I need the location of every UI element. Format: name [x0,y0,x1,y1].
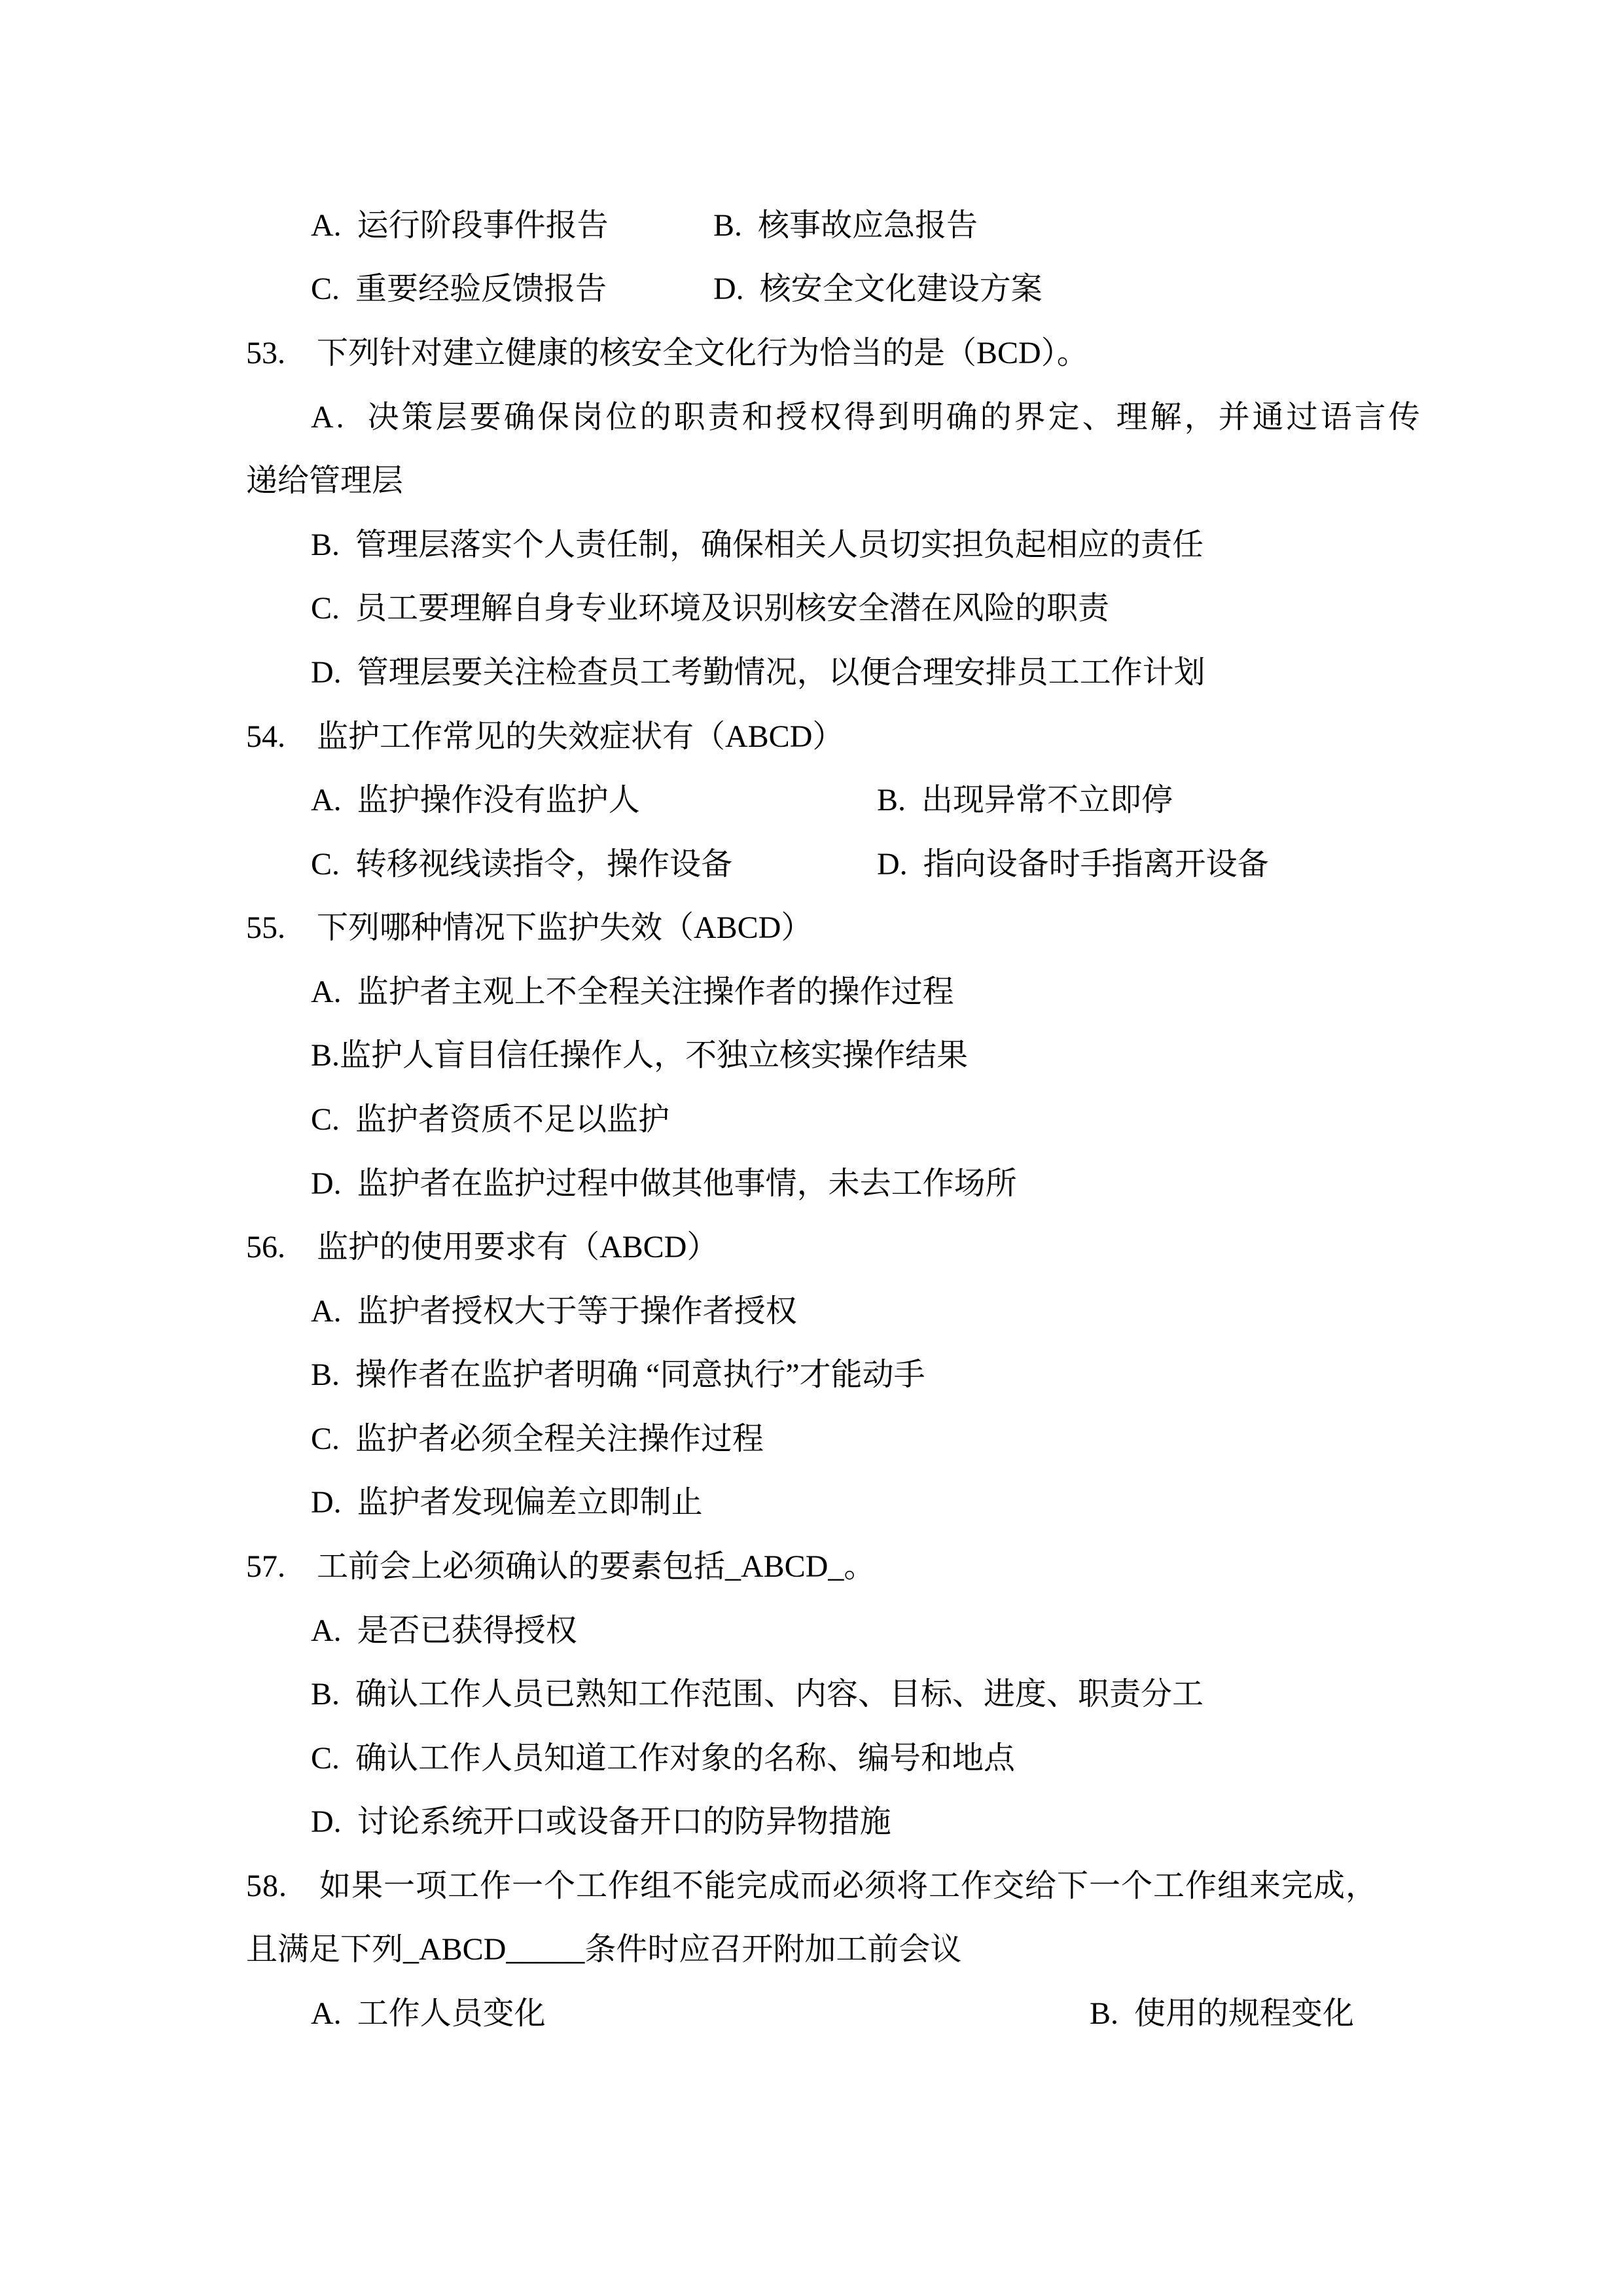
q53-option-b: B. 管理层落实个人责任制，确保相关人员切实担负起相应的责任 [311,529,1204,561]
q52-option-d: D. 核安全文化建设方案 [713,274,1043,305]
q58-option-a: A. 工作人员变化 [311,1998,546,2030]
q57-option-a: A. 是否已获得授权 [311,1615,577,1647]
q52-option-a: A. 运行阶段事件报告 [311,210,609,242]
q54-option-a: A. 监护操作没有监护人 [311,785,640,816]
q53-option-a-line1: A. 决策层要确保岗位的职责和授权得到明确的界定、理解，并通过语言传 [311,402,1423,433]
q55-option-a: A. 监护者主观上不全程关注操作者的操作过程 [311,977,954,1008]
q58-option-b: B. 使用的规程变化 [1090,1998,1354,2030]
q55-option-c: C. 监护者资质不足以监护 [311,1104,669,1136]
q58-stem-line1: 58. 如果一项工作一个工作组不能完成而必须将工作交给下一个工作组来完成， [246,1871,1378,1902]
q52-option-c: C. 重要经验反馈报告 [311,274,607,305]
q53-option-d: D. 管理层要关注检查员工考勤情况，以便合理安排员工工作计划 [311,657,1205,689]
q55-stem: 55. 下列哪种情况下监护失效（ABCD） [246,912,812,944]
q52-option-b: B. 核事故应急报告 [713,210,978,242]
q53-option-a-line2: 递给管理层 [246,465,403,497]
q57-option-d: D. 讨论系统开口或设备开口的防异物措施 [311,1806,891,1838]
q56-option-d: D. 监护者发现偏差立即制止 [311,1487,703,1518]
q57-option-c: C. 确认工作人员知道工作对象的名称、编号和地点 [311,1743,1015,1774]
q56-stem: 56. 监护的使用要求有（ABCD） [246,1232,718,1263]
q56-option-c: C. 监护者必须全程关注操作过程 [311,1424,764,1455]
q56-option-a: A. 监护者授权大于等于操作者授权 [311,1296,797,1327]
q53-option-c: C. 员工要理解自身专业环境及识别核安全潜在风险的职责 [311,593,1109,624]
q57-stem: 57. 工前会上必须确认的要素包括_ABCD_。 [246,1551,875,1583]
q53-stem: 53. 下列针对建立健康的核安全文化行为恰当的是（BCD）。 [246,338,1088,369]
q55-option-b: B.监护人盲目信任操作人，不独立核实操作结果 [311,1040,968,1071]
q57-option-b: B. 确认工作人员已熟知工作范围、内容、目标、进度、职责分工 [311,1679,1204,1710]
q54-option-d: D. 指向设备时手指离开设备 [877,849,1269,880]
q56-option-b: B. 操作者在监护者明确 “同意执行”才能动手 [311,1359,925,1391]
q55-option-d: D. 监护者在监护过程中做其他事情，未去工作场所 [311,1168,1017,1200]
q58-stem-line2: 且满足下列_ABCD_____条件时应召开附加工前会议 [246,1934,961,1965]
q54-option-c: C. 转移视线读指令，操作设备 [311,849,732,880]
document-page: A. 运行阶段事件报告 B. 核事故应急报告 C. 重要经验反馈报告 D. 核安… [0,0,1623,2296]
q54-option-b: B. 出现异常不立即停 [877,785,1173,816]
q54-stem: 54. 监护工作常见的失效症状有（ABCD） [246,721,844,753]
